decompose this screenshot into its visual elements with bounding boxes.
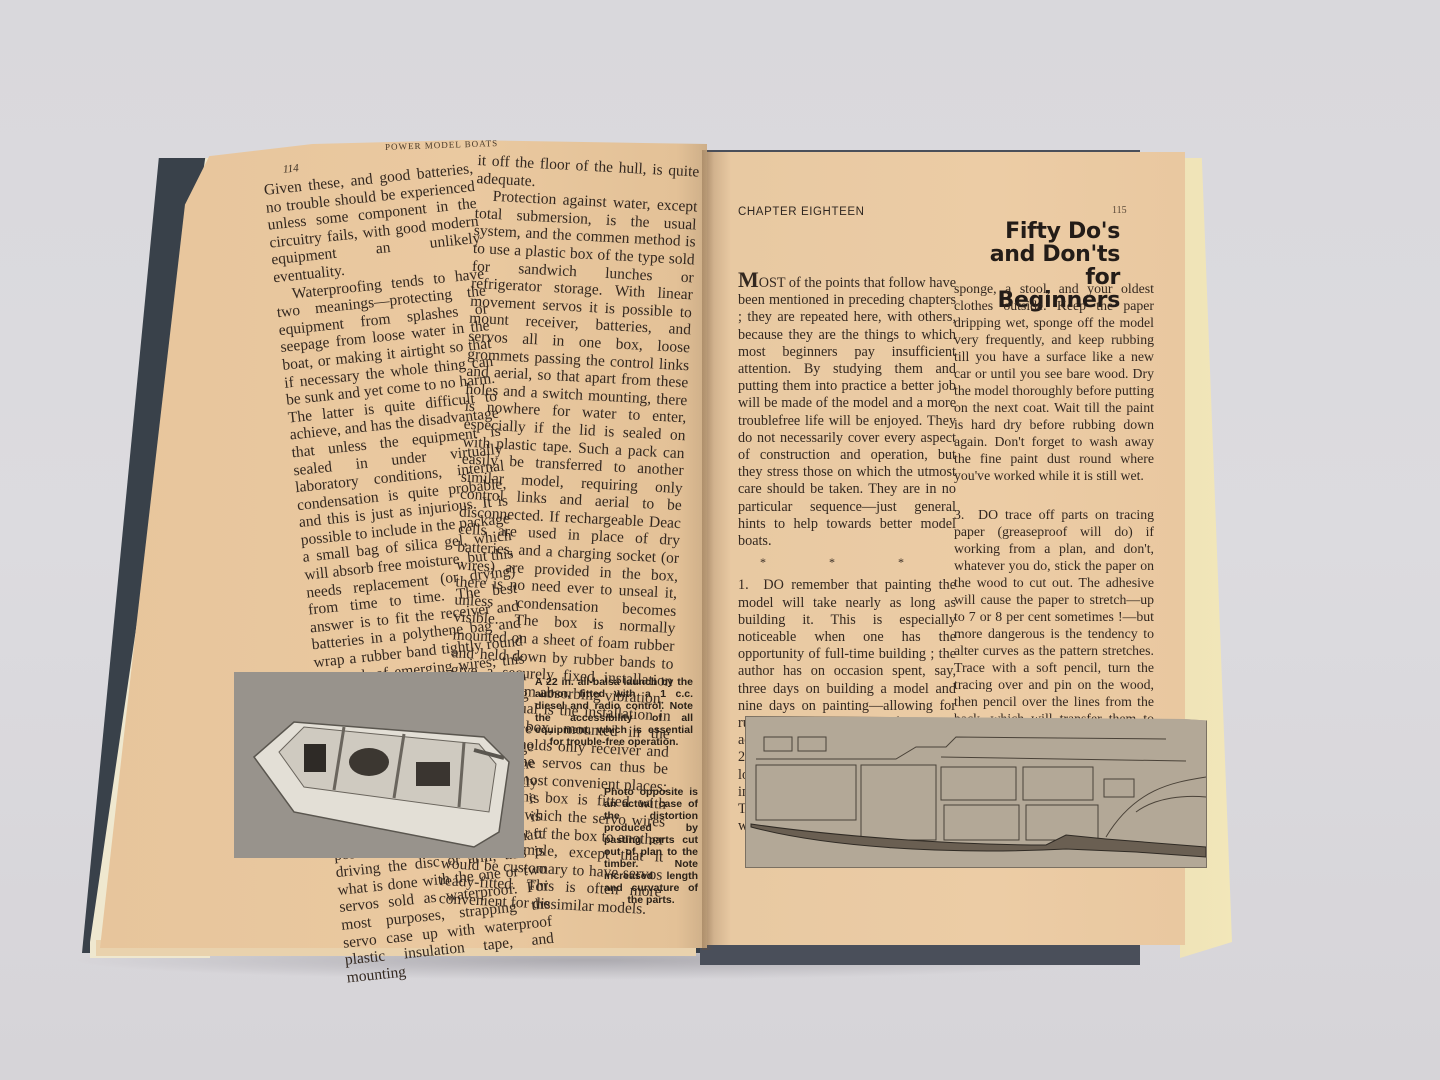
book-gutter bbox=[702, 150, 714, 950]
drop-cap: M bbox=[738, 267, 759, 292]
item-keyword: DO bbox=[763, 577, 784, 593]
chapter-title-line: and Don'ts bbox=[960, 243, 1120, 266]
plan-parts-distortion-photo bbox=[745, 716, 1207, 868]
paragraph: sponge, a stool, and your oldest clothes… bbox=[954, 280, 1154, 484]
model-boat-photo bbox=[234, 672, 524, 858]
item-keyword: DO bbox=[978, 507, 998, 522]
photo-opposite-caption: Photo opposite is an actual case of the … bbox=[604, 786, 698, 906]
plan-drawing-icon bbox=[746, 717, 1206, 867]
intro-paragraph: MOST of the points that follow have been… bbox=[738, 272, 956, 550]
section-separator: * * * bbox=[738, 554, 956, 571]
photo-caption: A 22 in. all-balsa launch by the author,… bbox=[535, 676, 693, 748]
chapter-title-line: Fifty Do's bbox=[960, 220, 1120, 243]
intro-text: OST of the points that follow have been … bbox=[738, 275, 956, 549]
paragraph: Protection against water, except total s… bbox=[449, 187, 697, 708]
item-number: 3. bbox=[954, 507, 964, 522]
item-number: 1. bbox=[738, 577, 749, 593]
boat-illustration-icon bbox=[234, 672, 524, 858]
chapter-label: CHAPTER EIGHTEEN bbox=[738, 206, 865, 218]
left-page-number: 114 bbox=[282, 162, 299, 176]
right-page-number: 115 bbox=[1112, 205, 1127, 216]
